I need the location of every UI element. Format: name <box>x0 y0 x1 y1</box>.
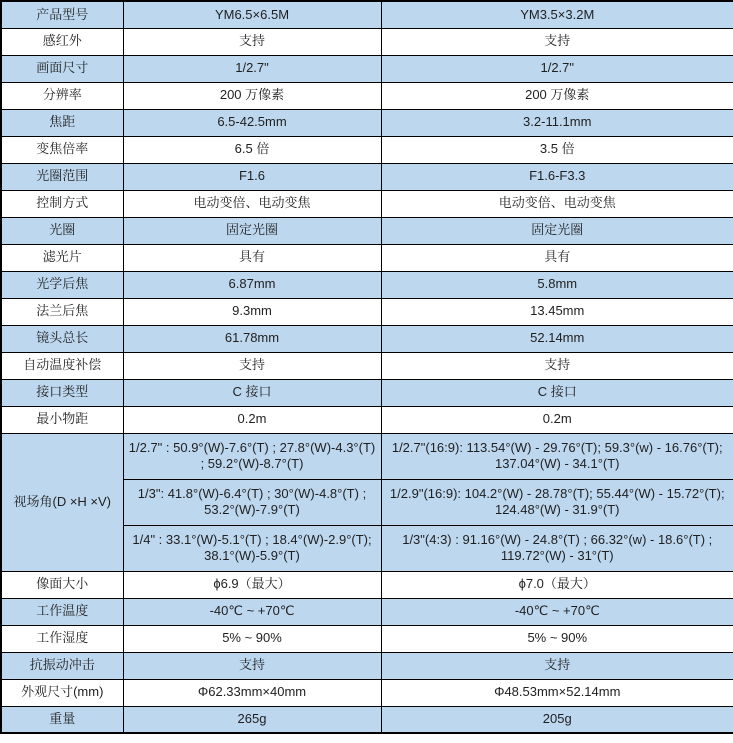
cell: F1.6 <box>123 163 381 190</box>
row-label: 光圈范围 <box>1 163 123 190</box>
row-label: 分辨率 <box>1 82 123 109</box>
row-label: 外观尺寸(mm) <box>1 679 123 706</box>
cell: F1.6-F3.3 <box>381 163 733 190</box>
cell: 固定光圈 <box>381 217 733 244</box>
table-row: 光学后焦 6.87mm 5.8mm <box>1 271 733 298</box>
cell: 200 万像素 <box>381 82 733 109</box>
cell: Φ62.33mm×40mm <box>123 679 381 706</box>
cell-model-1: YM6.5×6.5M <box>123 1 381 28</box>
cell: 6.5-42.5mm <box>123 109 381 136</box>
row-label: 产品型号 <box>1 1 123 28</box>
table-row: 像面大小 ϕ6.9（最大） ϕ7.0（最大） <box>1 571 733 598</box>
table-row: 工作温度 -40℃ ~ +70℃ -40℃ ~ +70℃ <box>1 598 733 625</box>
table-row: 画面尺寸 1/2.7" 1/2.7" <box>1 55 733 82</box>
table-row: 焦距 6.5-42.5mm 3.2-11.1mm <box>1 109 733 136</box>
row-label: 自动温度补偿 <box>1 352 123 379</box>
cell-model-2: YM3.5×3.2M <box>381 1 733 28</box>
cell: 1/2.7" <box>123 55 381 82</box>
cell: 3.5 倍 <box>381 136 733 163</box>
table-row: 外观尺寸(mm) Φ62.33mm×40mm Φ48.53mm×52.14mm <box>1 679 733 706</box>
cell: 5.8mm <box>381 271 733 298</box>
table-row: 重量 265g 205g <box>1 706 733 733</box>
row-label: 控制方式 <box>1 190 123 217</box>
table-row: 接口类型 C 接口 C 接口 <box>1 379 733 406</box>
cell: 0.2m <box>381 406 733 433</box>
cell: 支持 <box>381 28 733 55</box>
cell: 52.14mm <box>381 325 733 352</box>
cell: 支持 <box>123 28 381 55</box>
cell: 61.78mm <box>123 325 381 352</box>
cell: 13.45mm <box>381 298 733 325</box>
cell: 0.2m <box>123 406 381 433</box>
table-row: 最小物距 0.2m 0.2m <box>1 406 733 433</box>
cell: 205g <box>381 706 733 733</box>
row-label: 工作湿度 <box>1 625 123 652</box>
row-label: 变焦倍率 <box>1 136 123 163</box>
fov-cell: 1/3": 41.8°(W)-6.4°(T) ; 30°(W)-4.8°(T) … <box>123 479 381 525</box>
cell: C 接口 <box>123 379 381 406</box>
table-row: 控制方式 电动变倍、电动变焦 电动变倍、电动变焦 <box>1 190 733 217</box>
cell: 电动变倍、电动变焦 <box>123 190 381 217</box>
fov-cell: 1/4" : 33.1°(W)-5.1°(T) ; 18.4°(W)-2.9°(… <box>123 525 381 571</box>
cell: 6.87mm <box>123 271 381 298</box>
cell: 支持 <box>123 652 381 679</box>
row-label: 重量 <box>1 706 123 733</box>
table-row: 工作湿度 5% ~ 90% 5% ~ 90% <box>1 625 733 652</box>
fov-cell: 1/2.7"(16:9): 113.54°(W) - 29.76°(T); 59… <box>381 433 733 479</box>
row-label: 光圈 <box>1 217 123 244</box>
table-row: 镜头总长 61.78mm 52.14mm <box>1 325 733 352</box>
table-row: 滤光片 具有 具有 <box>1 244 733 271</box>
cell: Φ48.53mm×52.14mm <box>381 679 733 706</box>
cell: 固定光圈 <box>123 217 381 244</box>
cell: 具有 <box>381 244 733 271</box>
table-row: 自动温度补偿 支持 支持 <box>1 352 733 379</box>
cell: 265g <box>123 706 381 733</box>
table-row: 感红外 支持 支持 <box>1 28 733 55</box>
cell: 1/2.7" <box>381 55 733 82</box>
row-label: 镜头总长 <box>1 325 123 352</box>
table-row: 变焦倍率 6.5 倍 3.5 倍 <box>1 136 733 163</box>
cell: 支持 <box>381 352 733 379</box>
cell: ϕ6.9（最大） <box>123 571 381 598</box>
table-row: 分辨率 200 万像素 200 万像素 <box>1 82 733 109</box>
cell: 6.5 倍 <box>123 136 381 163</box>
cell: 具有 <box>123 244 381 271</box>
fov-cell: 1/2.7" : 50.9°(W)-7.6°(T) ; 27.8°(W)-4.3… <box>123 433 381 479</box>
table-row: 法兰后焦 9.3mm 13.45mm <box>1 298 733 325</box>
row-label: 焦距 <box>1 109 123 136</box>
row-label: 法兰后焦 <box>1 298 123 325</box>
cell: 电动变倍、电动变焦 <box>381 190 733 217</box>
row-label: 接口类型 <box>1 379 123 406</box>
row-label: 感红外 <box>1 28 123 55</box>
spec-sheet: 产品型号 YM6.5×6.5M YM3.5×3.2M 感红外 支持 支持 画面尺… <box>0 0 733 734</box>
cell: -40℃ ~ +70℃ <box>381 598 733 625</box>
row-label: 抗振动冲击 <box>1 652 123 679</box>
fov-cell: 1/3"(4:3) : 91.16°(W) - 24.8°(T) ; 66.32… <box>381 525 733 571</box>
cell: 支持 <box>123 352 381 379</box>
row-label: 画面尺寸 <box>1 55 123 82</box>
spec-table: 产品型号 YM6.5×6.5M YM3.5×3.2M 感红外 支持 支持 画面尺… <box>0 0 733 734</box>
cell: ϕ7.0（最大） <box>381 571 733 598</box>
row-label: 最小物距 <box>1 406 123 433</box>
cell: 9.3mm <box>123 298 381 325</box>
cell: 200 万像素 <box>123 82 381 109</box>
cell: -40℃ ~ +70℃ <box>123 598 381 625</box>
row-label: 工作温度 <box>1 598 123 625</box>
cell: 5% ~ 90% <box>123 625 381 652</box>
fov-row: 视场角(D ×H ×V) 1/2.7" : 50.9°(W)-7.6°(T) ;… <box>1 433 733 479</box>
fov-cell: 1/2.9"(16:9): 104.2°(W) - 28.78°(T); 55.… <box>381 479 733 525</box>
row-label: 光学后焦 <box>1 271 123 298</box>
row-label: 像面大小 <box>1 571 123 598</box>
cell: C 接口 <box>381 379 733 406</box>
table-row: 产品型号 YM6.5×6.5M YM3.5×3.2M <box>1 1 733 28</box>
table-row: 光圈范围 F1.6 F1.6-F3.3 <box>1 163 733 190</box>
table-row: 光圈 固定光圈 固定光圈 <box>1 217 733 244</box>
table-row: 抗振动冲击 支持 支持 <box>1 652 733 679</box>
cell: 3.2-11.1mm <box>381 109 733 136</box>
cell: 支持 <box>381 652 733 679</box>
cell: 5% ~ 90% <box>381 625 733 652</box>
row-label: 滤光片 <box>1 244 123 271</box>
fov-row-label: 视场角(D ×H ×V) <box>1 433 123 571</box>
